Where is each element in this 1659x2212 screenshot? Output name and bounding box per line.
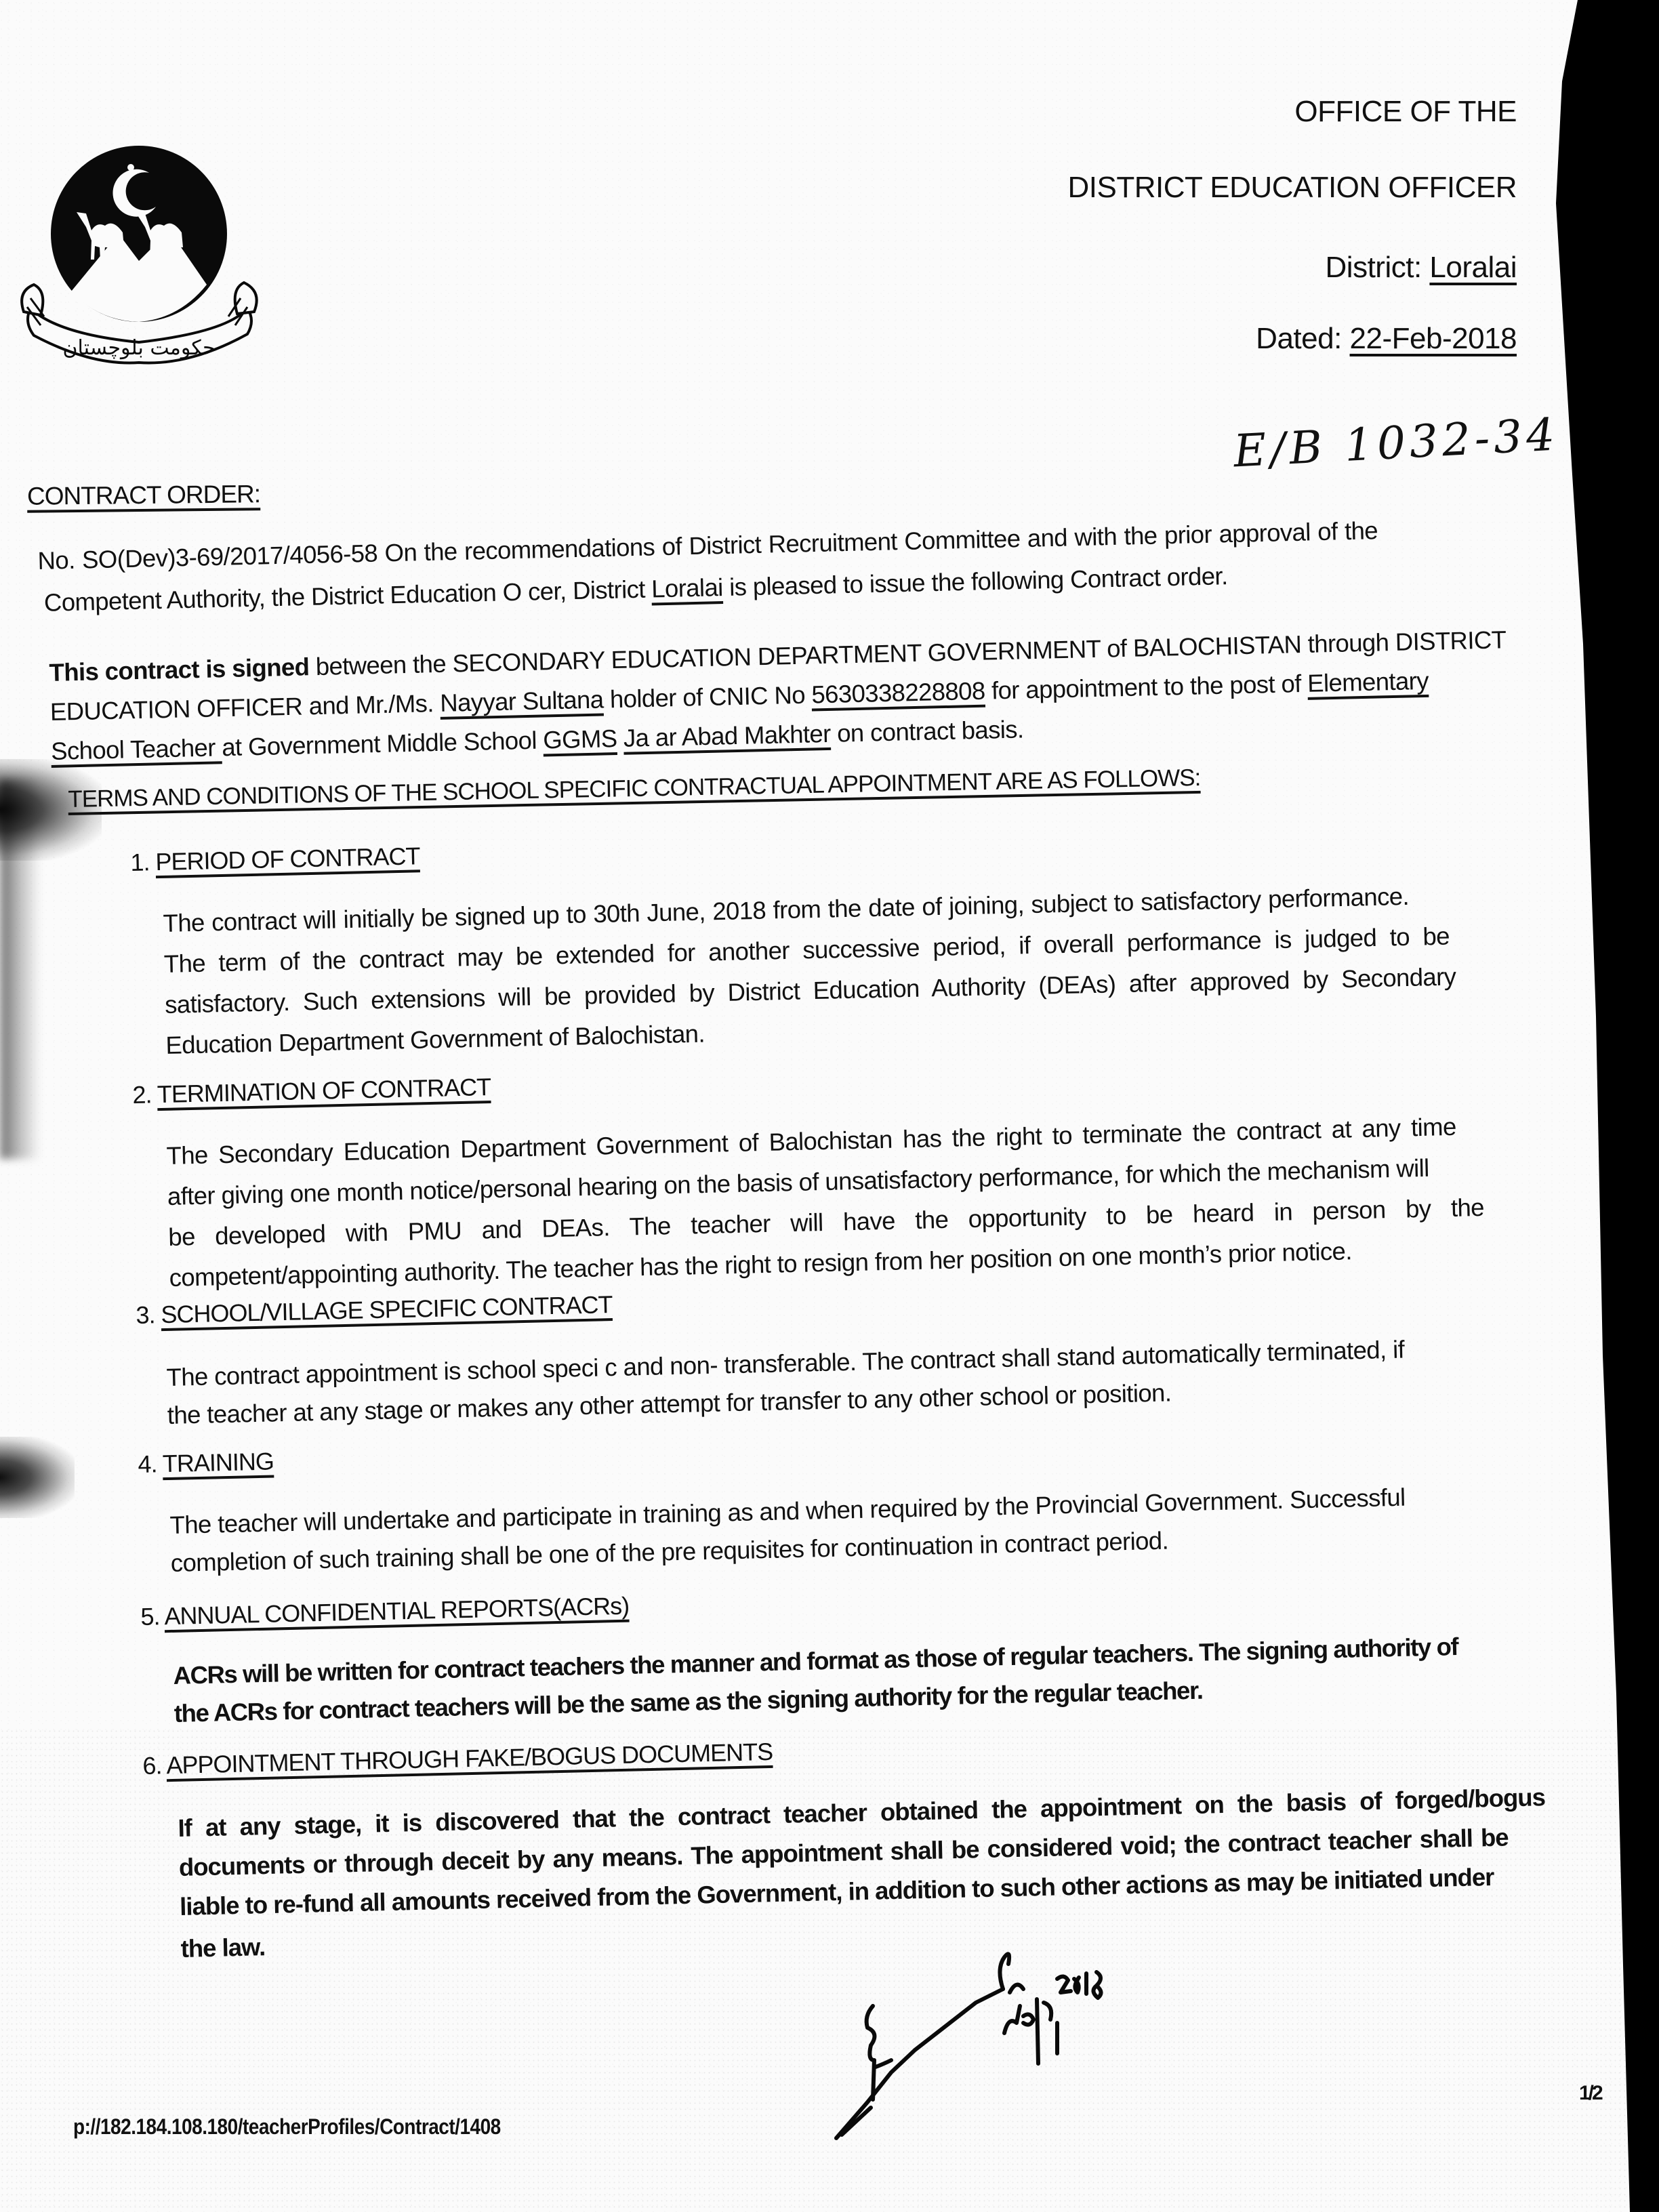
cnic-number: 5630338228808 [811, 677, 985, 709]
teacher-name: Nayyar Sultana [440, 685, 604, 716]
officer-title: DISTRICT EDUCATION OFFICER [1068, 171, 1517, 205]
term-1-title: PERIOD OF CONTRACT [155, 842, 420, 876]
terms-heading: TERMS AND CONDITIONS OF THE SCHOOL SPECI… [68, 764, 1201, 813]
term-2-heading: 2. TERMINATION OF CONTRACT [132, 1073, 491, 1109]
district-value: Loralai [1429, 251, 1517, 284]
post-title-part2: School Teacher [51, 733, 222, 765]
district-field: District: Loralai [1326, 251, 1517, 285]
dated-field: Dated: 22-Feb-2018 [1256, 322, 1517, 356]
order-text-3: is pleased to issue the following Contra… [729, 562, 1228, 601]
term-6-heading: 6. APPOINTMENT THROUGH FAKE/BOGUS DOCUME… [142, 1738, 773, 1780]
district-label: District: [1326, 251, 1422, 284]
document-content: حکومت بلوچستان OFFICE OF THE DISTRICT ED… [0, 0, 1659, 2212]
school-code: GGMS [543, 724, 617, 754]
term-2-title: TERMINATION OF CONTRACT [157, 1073, 491, 1108]
balochistan-government-emblem-icon: حکومت بلوچستان [10, 139, 268, 369]
term-6-title: APPOINTMENT THROUGH FAKE/BOGUS DOCUMENTS [166, 1738, 773, 1779]
footer-url: p://182.184.108.180/teacherProfiles/Cont… [73, 2114, 501, 2139]
order-number: No. SO(Dev)3-69/2017/4056-58 [37, 539, 377, 575]
term-3-title: SCHOOL/VILLAGE SPECIFIC CONTRACT [161, 1290, 613, 1328]
order-district: Loralai [651, 573, 723, 602]
page-number: 1/2 [1579, 2082, 1601, 2105]
officer-signature [827, 1952, 1369, 2155]
term-3-heading: 3. SCHOOL/VILLAGE SPECIFIC CONTRACT [136, 1290, 613, 1330]
contract-order-heading: CONTRACT ORDER: [27, 480, 260, 511]
term-5-title: ANNUAL CONFIDENTIAL REPORTS(ACRs) [164, 1592, 630, 1631]
term-4-heading: 4. TRAINING [138, 1447, 274, 1479]
parties-lead: This contract is signed [49, 653, 310, 687]
post-title-part1: Elementary [1307, 667, 1429, 697]
office-line: OFFICE OF THE [1294, 95, 1517, 129]
dated-label: Dated: [1256, 322, 1342, 355]
term-4-title: TRAINING [162, 1447, 274, 1477]
order-text-1: On the recommendations of District Recru… [384, 516, 1378, 567]
term-5-heading: 5. ANNUAL CONFIDENTIAL REPORTS(ACRs) [140, 1592, 630, 1631]
term-1-heading: 1. PERIOD OF CONTRACT [130, 842, 420, 877]
dated-value: 22-Feb-2018 [1350, 322, 1517, 355]
school-name: Ja ar Abad Makhter [623, 720, 832, 752]
handwritten-reference-number: E/B 1032-34 [1232, 408, 1560, 477]
order-text-2: Competent Authority, the District Educat… [44, 575, 652, 616]
svg-text:حکومت بلوچستان: حکومت بلوچستان [63, 336, 216, 360]
